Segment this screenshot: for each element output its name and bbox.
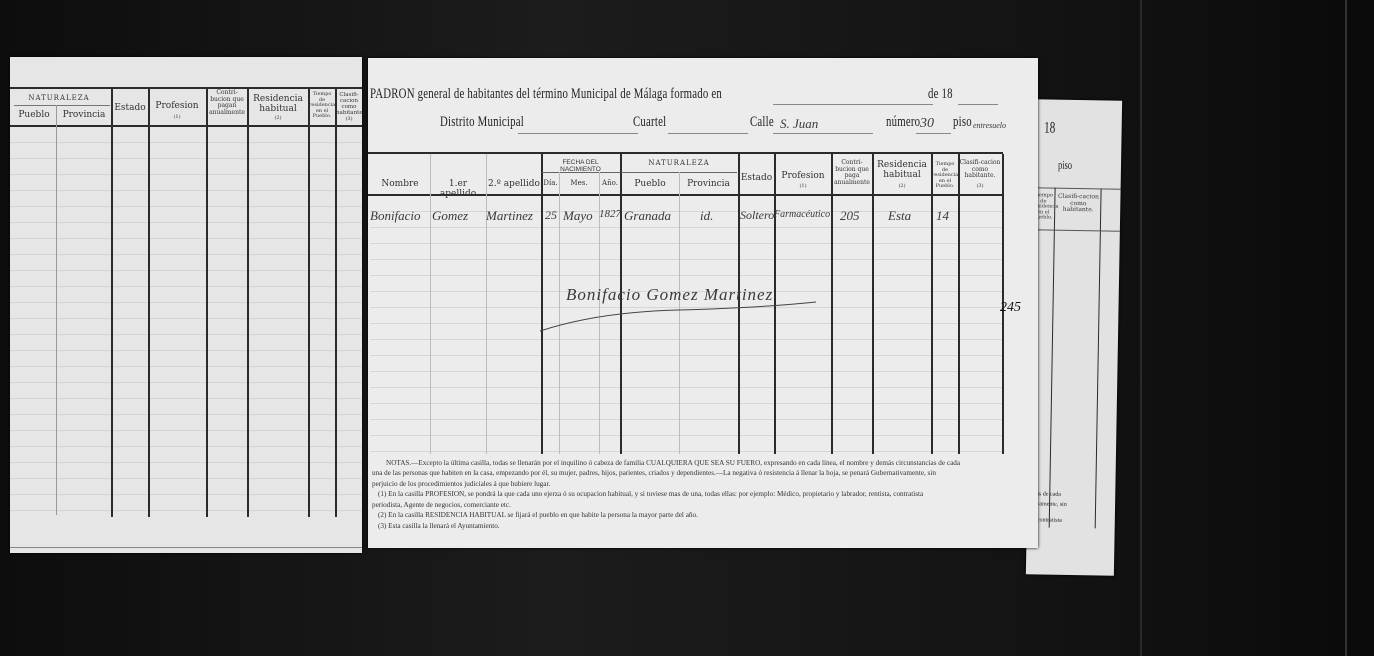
- col-clasificacion-note: (3): [336, 117, 362, 123]
- piso-label: piso: [953, 114, 972, 131]
- col-contribucion: Contri-bucion que pagan anualmente: [208, 90, 246, 116]
- rule: [773, 133, 873, 134]
- binding-edge: [1345, 0, 1347, 656]
- col-profesion: Profesion: [775, 172, 831, 182]
- note-line: NOTAS.—Excepto la última casilla, todas …: [372, 458, 1012, 468]
- col-estado: Estado: [739, 174, 774, 184]
- cell-provincia: id.: [700, 208, 713, 224]
- rule: [111, 87, 113, 517]
- rule: [958, 104, 998, 105]
- back-page: 18 piso Tiempo de residencia en el Puebl…: [1026, 99, 1122, 575]
- rule: [668, 133, 748, 134]
- distrito-label: Distrito Municipal: [440, 114, 524, 131]
- rule: [148, 87, 150, 517]
- rule: [1032, 229, 1120, 232]
- col-contribucion: Contri-bucion que paga anualmente: [832, 160, 872, 186]
- rule: [1049, 188, 1056, 528]
- rule: [518, 133, 638, 134]
- col-mes: Mes.: [560, 180, 598, 188]
- rule: [335, 87, 337, 517]
- rule: [931, 154, 933, 454]
- notes-block: NOTAS.—Excepto la última casilla, todas …: [372, 458, 1012, 531]
- back-note-fragment: tivamente, sin: [1033, 501, 1067, 508]
- rule: [368, 152, 1003, 154]
- rule: [486, 154, 487, 454]
- note-line: (2) En la casilla RESIDENCIA HABITUAL se…: [372, 510, 1012, 520]
- rule: [958, 154, 960, 454]
- col-apellido2: 2.º apellido: [487, 180, 541, 190]
- cell-profesion: Farmacéutico: [774, 209, 830, 220]
- document-title: PADRON general de habitantes del término…: [370, 86, 773, 103]
- back-year: 18: [1044, 119, 1056, 137]
- col-clasificacion-note: (3): [959, 184, 1001, 190]
- rule: [56, 105, 57, 515]
- col-apellido1: 1.er apellido: [431, 180, 485, 200]
- signature-flourish: [538, 298, 818, 334]
- cell-apellido2: Martinez: [486, 208, 533, 224]
- cell-mes: Mayo: [563, 208, 593, 224]
- col-pueblo: Pueblo: [621, 180, 679, 190]
- col-pueblo: Pueblo: [14, 111, 54, 121]
- numero-value: 30: [920, 116, 934, 132]
- cell-ano: 1827: [599, 208, 621, 220]
- rule: [773, 104, 933, 105]
- col-clasificacion: Clasifi-cacion como habitante.: [336, 92, 362, 116]
- col-provincia: Provincia: [680, 180, 737, 190]
- rule: [308, 87, 310, 517]
- col-clasificacion: Clasifi-cacion como habitante.: [959, 160, 1001, 180]
- note-line: periodista, Agente de negocios, comercia…: [372, 500, 1012, 510]
- cell-pueblo: Granada: [624, 208, 671, 224]
- cell-contribucion: 205: [840, 208, 860, 224]
- rule: [831, 154, 833, 454]
- note-line: (1) En la casilla PROFESION, se pondrá l…: [372, 489, 1012, 499]
- back-note-fragment: contratista: [1037, 517, 1062, 523]
- back-piso-label: piso: [1058, 158, 1072, 173]
- rule: [206, 87, 208, 517]
- rule: [10, 547, 362, 548]
- note-line: (3) Esta casilla la llenará el Ayuntamie…: [372, 521, 1012, 531]
- col-provincia: Provincia: [58, 111, 110, 121]
- col-dia: Día.: [542, 180, 559, 188]
- col-naturaleza: NATURALEZA: [621, 160, 737, 168]
- cell-tiempo: 14: [936, 208, 949, 224]
- rule: [916, 133, 951, 134]
- col-estado: Estado: [113, 104, 147, 114]
- col-residencia: Residencia habitual: [873, 161, 931, 181]
- rule: [872, 154, 874, 454]
- piso-value: entresuelo: [973, 121, 1006, 130]
- numero-label: número: [886, 114, 920, 131]
- rule: [247, 87, 249, 517]
- col-profesion-note: (1): [775, 184, 831, 190]
- col-profesion-note: (1): [150, 115, 204, 121]
- col-profesion: Profesion: [150, 102, 204, 112]
- calle-label: Calle: [750, 114, 774, 131]
- cuartel-label: Cuartel: [633, 114, 666, 131]
- note-line: perjuicio de los procedimientos judicial…: [372, 479, 1012, 489]
- left-page: NATURALEZA Pueblo Provincia Estado Profe…: [10, 57, 362, 553]
- col-residencia-note: (2): [249, 116, 307, 122]
- rule: [14, 105, 110, 106]
- cell-nombre: Bonifacio: [370, 208, 421, 224]
- rule: [542, 172, 620, 173]
- year-prefix: de 18: [928, 86, 953, 103]
- cell-estado: Soltero: [740, 208, 774, 223]
- col-residencia-note: (2): [873, 184, 931, 190]
- rule: [1033, 187, 1121, 190]
- col-ano: Año.: [600, 180, 620, 188]
- col-naturaleza: NATURALEZA: [14, 95, 104, 103]
- binding-edge: [1140, 0, 1142, 656]
- col-nombre: Nombre: [370, 180, 430, 190]
- calle-value: S. Juan: [780, 116, 818, 132]
- cell-dia: 25: [545, 208, 557, 223]
- col-residencia: Residencia habitual: [249, 95, 307, 115]
- cell-apellido1: Gomez: [432, 208, 468, 224]
- cell-residencia: Esta: [888, 208, 911, 224]
- back-col-clasificacion: Clasifi-cacion como habitante.: [1056, 194, 1100, 215]
- rule: [1095, 188, 1102, 528]
- margin-number: 245: [1000, 300, 1021, 316]
- col-tiempo: Tiempo de residencia en el Pueblo.: [309, 92, 335, 120]
- note-line: una de las personas que habiten en la ca…: [372, 468, 1012, 478]
- col-tiempo: Tiempo de residencia en el Pueblo.: [932, 162, 958, 190]
